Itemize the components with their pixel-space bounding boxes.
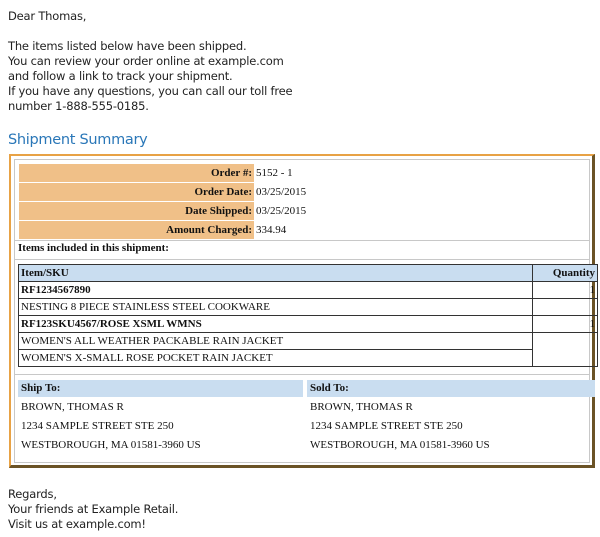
summary-label: Date Shipped:	[19, 202, 254, 220]
table-row: RF123SKU4567/ROSE XSML WMNS 1	[19, 316, 598, 333]
item-description: WOMEN'S ALL WEATHER PACKABLE RAIN JACKET	[19, 333, 533, 350]
shipment-summary-panel: Order #: 5152 - 1 Order Date: 03/25/2015…	[9, 154, 595, 468]
intro-line: You can review your order online at exam…	[8, 54, 292, 69]
summary-value: 5152 - 1	[254, 164, 293, 182]
table-row: WOMEN'S X-SMALL ROSE POCKET RAIN JACKET	[19, 350, 598, 367]
summary-row-order-date: Order Date: 03/25/2015	[19, 183, 306, 201]
order-summary: Order #: 5152 - 1 Order Date: 03/25/2015…	[19, 164, 306, 240]
divider	[15, 240, 589, 241]
sold-to-address: Sold To: BROWN, THOMAS R 1234 SAMPLE STR…	[307, 380, 595, 454]
divider	[15, 374, 589, 375]
summary-label: Amount Charged:	[19, 221, 254, 239]
ship-to-name: BROWN, THOMAS R	[18, 398, 303, 416]
item-quantity-empty	[533, 333, 598, 367]
item-quantity-empty	[533, 299, 598, 316]
intro-line: The items listed below have been shipped…	[8, 39, 292, 54]
table-header-row: Item/SKU Quantity	[19, 265, 598, 282]
column-header-item: Item/SKU	[19, 265, 533, 282]
divider	[15, 259, 589, 260]
ship-to-address: Ship To: BROWN, THOMAS R 1234 SAMPLE STR…	[18, 380, 303, 454]
sold-to-city: WESTBOROUGH, MA 01581-3960 US	[307, 436, 595, 454]
summary-value: 334.94	[254, 221, 286, 239]
item-description: NESTING 8 PIECE STAINLESS STEEL COOKWARE	[19, 299, 533, 316]
intro-line: and follow a link to track your shipment…	[8, 69, 292, 84]
table-row: NESTING 8 PIECE STAINLESS STEEL COOKWARE	[19, 299, 598, 316]
item-sku: RF123SKU4567/ROSE XSML WMNS	[19, 316, 533, 333]
closing-message: Regards, Your friends at Example Retail.…	[8, 487, 178, 532]
summary-label: Order #:	[19, 164, 254, 182]
intro-line: If you have any questions, you can call …	[8, 84, 292, 99]
intro-message: Dear Thomas, The items listed below have…	[8, 9, 292, 114]
closing-line: Regards,	[8, 487, 178, 502]
sold-to-street: 1234 SAMPLE STREET STE 250	[307, 417, 595, 435]
closing-line: Your friends at Example Retail.	[8, 502, 178, 517]
items-table: Item/SKU Quantity RF1234567890 1 NESTING…	[18, 264, 598, 367]
summary-row-amount-charged: Amount Charged: 334.94	[19, 221, 306, 239]
item-description: WOMEN'S X-SMALL ROSE POCKET RAIN JACKET	[19, 350, 533, 367]
intro-line: number 1-888-555-0185.	[8, 99, 292, 114]
column-header-quantity: Quantity	[533, 265, 598, 282]
summary-value: 03/25/2015	[254, 202, 306, 220]
ship-to-city: WESTBOROUGH, MA 01581-3960 US	[18, 436, 303, 454]
greeting: Dear Thomas,	[8, 9, 292, 24]
table-row: WOMEN'S ALL WEATHER PACKABLE RAIN JACKET	[19, 333, 598, 350]
summary-value: 03/25/2015	[254, 183, 306, 201]
closing-line: Visit us at example.com!	[8, 517, 178, 532]
ship-to-street: 1234 SAMPLE STREET STE 250	[18, 417, 303, 435]
table-row: RF1234567890 1	[19, 282, 598, 299]
item-quantity: 1	[533, 316, 598, 333]
item-quantity: 1	[533, 282, 598, 299]
summary-row-order-number: Order #: 5152 - 1	[19, 164, 306, 182]
summary-label: Order Date:	[19, 183, 254, 201]
sold-to-name: BROWN, THOMAS R	[307, 398, 595, 416]
summary-row-date-shipped: Date Shipped: 03/25/2015	[19, 202, 306, 220]
sold-to-label: Sold To:	[307, 380, 595, 397]
items-heading: Items included in this shipment:	[18, 242, 169, 254]
ship-to-label: Ship To:	[18, 380, 303, 397]
item-sku: RF1234567890	[19, 282, 533, 299]
section-title: Shipment Summary	[8, 132, 147, 148]
shipment-summary-inner: Order #: 5152 - 1 Order Date: 03/25/2015…	[14, 159, 590, 463]
